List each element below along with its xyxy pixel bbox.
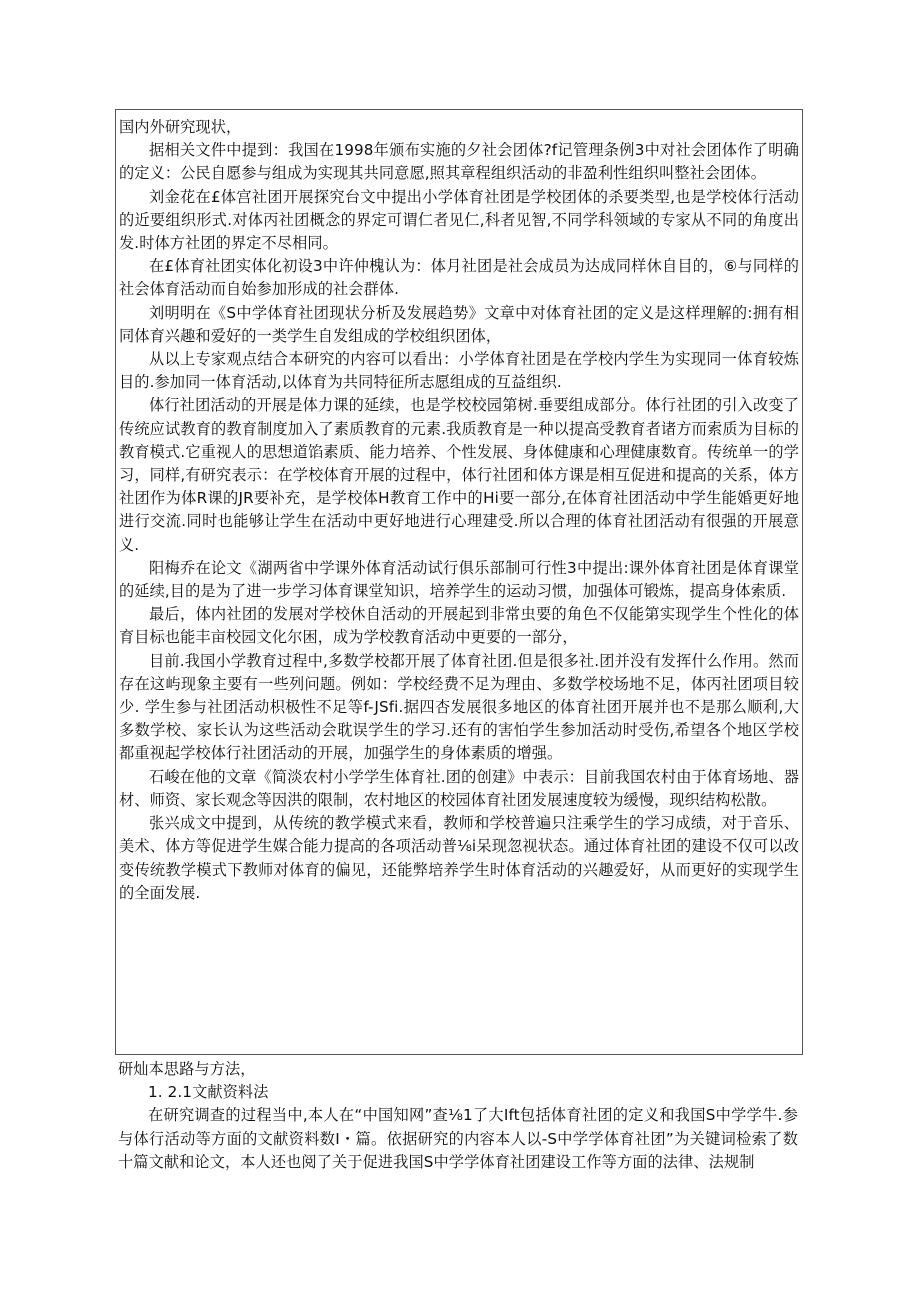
paragraph: 最后，体内社团的发展对学校休自活动的开展起到非常虫要的角色不仅能第实现学生个性化… xyxy=(119,603,799,649)
paragraph: 石峻在他的文章《简淡农村小学学生体育社.团的创建》中表示：目前我国农村由于体育场… xyxy=(119,766,799,812)
paragraph: 据相关文件中提到：我国在1998年颁布实施的夕社会团体?f记管理条例3中对社会团… xyxy=(119,139,799,185)
paragraph: 在研究调查的过程当中,本人在“中国知网”查⅛1了大Ift包括体育社团的定义和我国… xyxy=(118,1104,798,1174)
paragraph: 阳梅乔在论文《湖两省中学课外体育活动试行俱乐部制可行性3中提出:课外体育社团是体… xyxy=(119,557,799,603)
paragraph: 刘明明在《S中学体育社团现状分析及发展趋势》文章中对体育社团的定义是这样理解的:… xyxy=(119,302,799,348)
paragraph: 目前.我国小学教育过程中,多数学校都开展了体育社团.但是很多社.团并没有发挥什么… xyxy=(119,650,799,766)
methods-section: 研灿本思路与方法， 1. 2.1文献资料法 在研究调查的过程当中,本人在“中国知… xyxy=(118,1058,798,1174)
literature-review-box: 国内外研究现状， 据相关文件中提到：我国在1998年颁布实施的夕社会团体?f记管… xyxy=(115,109,803,1055)
paragraph: 在£体育社团实体化初设3中许仲槐认为：体月社团是社会成员为达成同样休自目的，⑥与… xyxy=(119,255,799,301)
paragraph: 张兴成文中提到，从传统的教学模式来看，教师和学校普遍只注乘学生的学习成绩，对于音… xyxy=(119,812,799,905)
paragraph: 从以上专家观点结合本研究的内容可以看出：小学体育社团是在学校内学生为实现同一体育… xyxy=(119,348,799,394)
paragraph: 刘金花在£体宫社团开展探究台文中提出小学体育社团是学校团体的杀要类型,也是学校体… xyxy=(119,186,799,256)
section-heading-research-status: 国内外研究现状， xyxy=(119,116,799,139)
section-heading-methods: 研灿本思路与方法， xyxy=(118,1058,798,1081)
paragraph: 体行社团活动的开展是体力课的延续，也是学校校园第树.垂要组成部分。体行社团的引入… xyxy=(119,394,799,556)
subsection-heading-literature-method: 1. 2.1文献资料法 xyxy=(118,1081,798,1104)
